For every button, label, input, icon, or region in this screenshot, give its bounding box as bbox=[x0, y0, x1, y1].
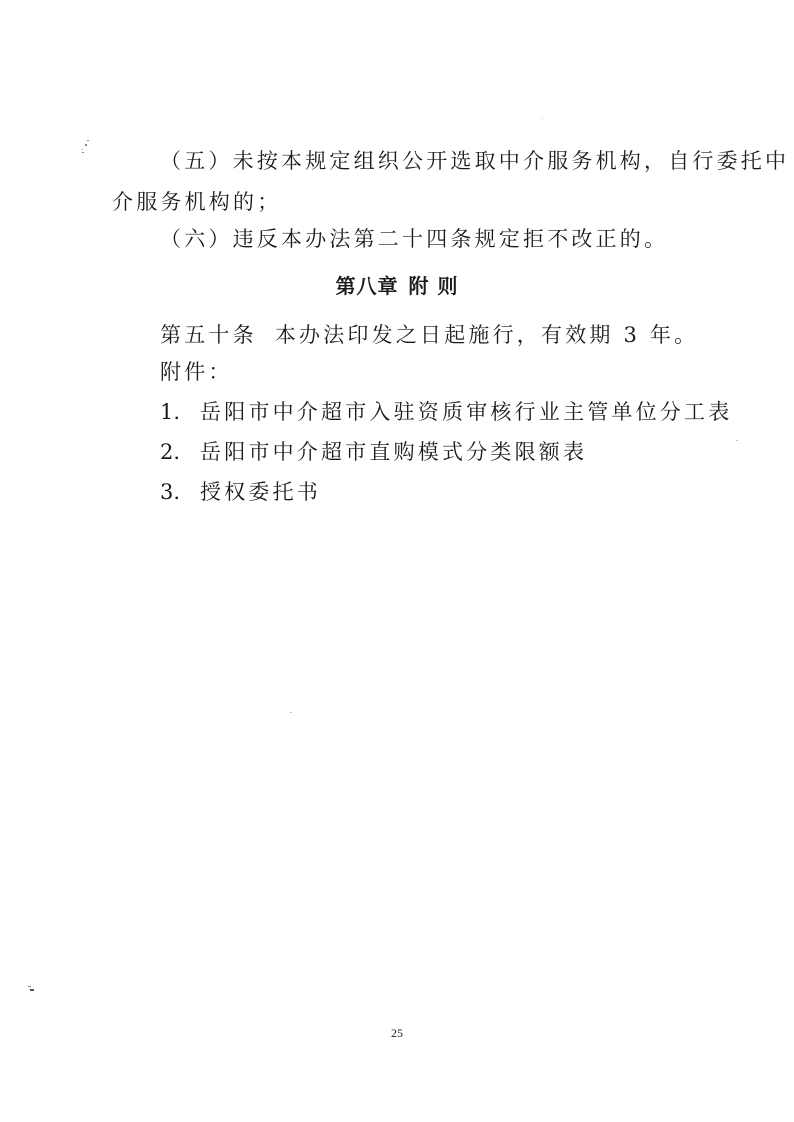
article-label: 第五十条 bbox=[160, 323, 257, 347]
paragraph-item-5-line-2: 介服务机构的； bbox=[112, 189, 281, 215]
paragraph-item-5-line-1: （五）未按本规定组织公开选取中介服务机构，自行委托中 bbox=[160, 148, 789, 174]
attachment-item: 3.授权委托书 bbox=[160, 479, 321, 505]
document-page: （五）未按本规定组织公开选取中介服务机构，自行委托中 介服务机构的； （六）违反… bbox=[0, 0, 794, 1122]
paragraph-item-6: （六）违反本办法第二十四条规定拒不改正的。 bbox=[160, 226, 668, 252]
page-number: 25 bbox=[0, 1026, 794, 1041]
attachment-title: 岳阳市中介超市直购模式分类限额表 bbox=[200, 440, 587, 464]
chapter-title: 附 则 bbox=[409, 274, 459, 298]
scan-speck bbox=[30, 989, 34, 991]
scan-speck bbox=[85, 144, 87, 146]
attachment-number: 2. bbox=[160, 439, 200, 465]
attachment-item: 1.岳阳市中介超市入驻资质审核行业主管单位分工表 bbox=[160, 399, 732, 425]
scan-speck bbox=[82, 152, 84, 153]
attachment-item: 2.岳阳市中介超市直购模式分类限额表 bbox=[160, 439, 587, 465]
scan-speck bbox=[28, 986, 31, 987]
scan-speck bbox=[736, 440, 738, 441]
attachment-number: 3. bbox=[160, 479, 200, 505]
scan-speck bbox=[82, 149, 83, 150]
chapter-number: 第八章 bbox=[336, 274, 399, 298]
scan-speck bbox=[542, 118, 543, 119]
article-50: 第五十条本办法印发之日起施行，有效期 3 年。 bbox=[160, 322, 698, 348]
attachment-title: 授权委托书 bbox=[200, 480, 321, 504]
scan-speck bbox=[290, 712, 292, 713]
article-text: 本办法印发之日起施行，有效期 3 年。 bbox=[275, 323, 699, 347]
attachments-label: 附件： bbox=[160, 359, 233, 385]
chapter-heading: 第八章附 则 bbox=[0, 273, 794, 299]
attachment-number: 1. bbox=[160, 399, 200, 425]
scan-speck bbox=[87, 140, 89, 141]
attachment-title: 岳阳市中介超市入驻资质审核行业主管单位分工表 bbox=[200, 400, 732, 424]
